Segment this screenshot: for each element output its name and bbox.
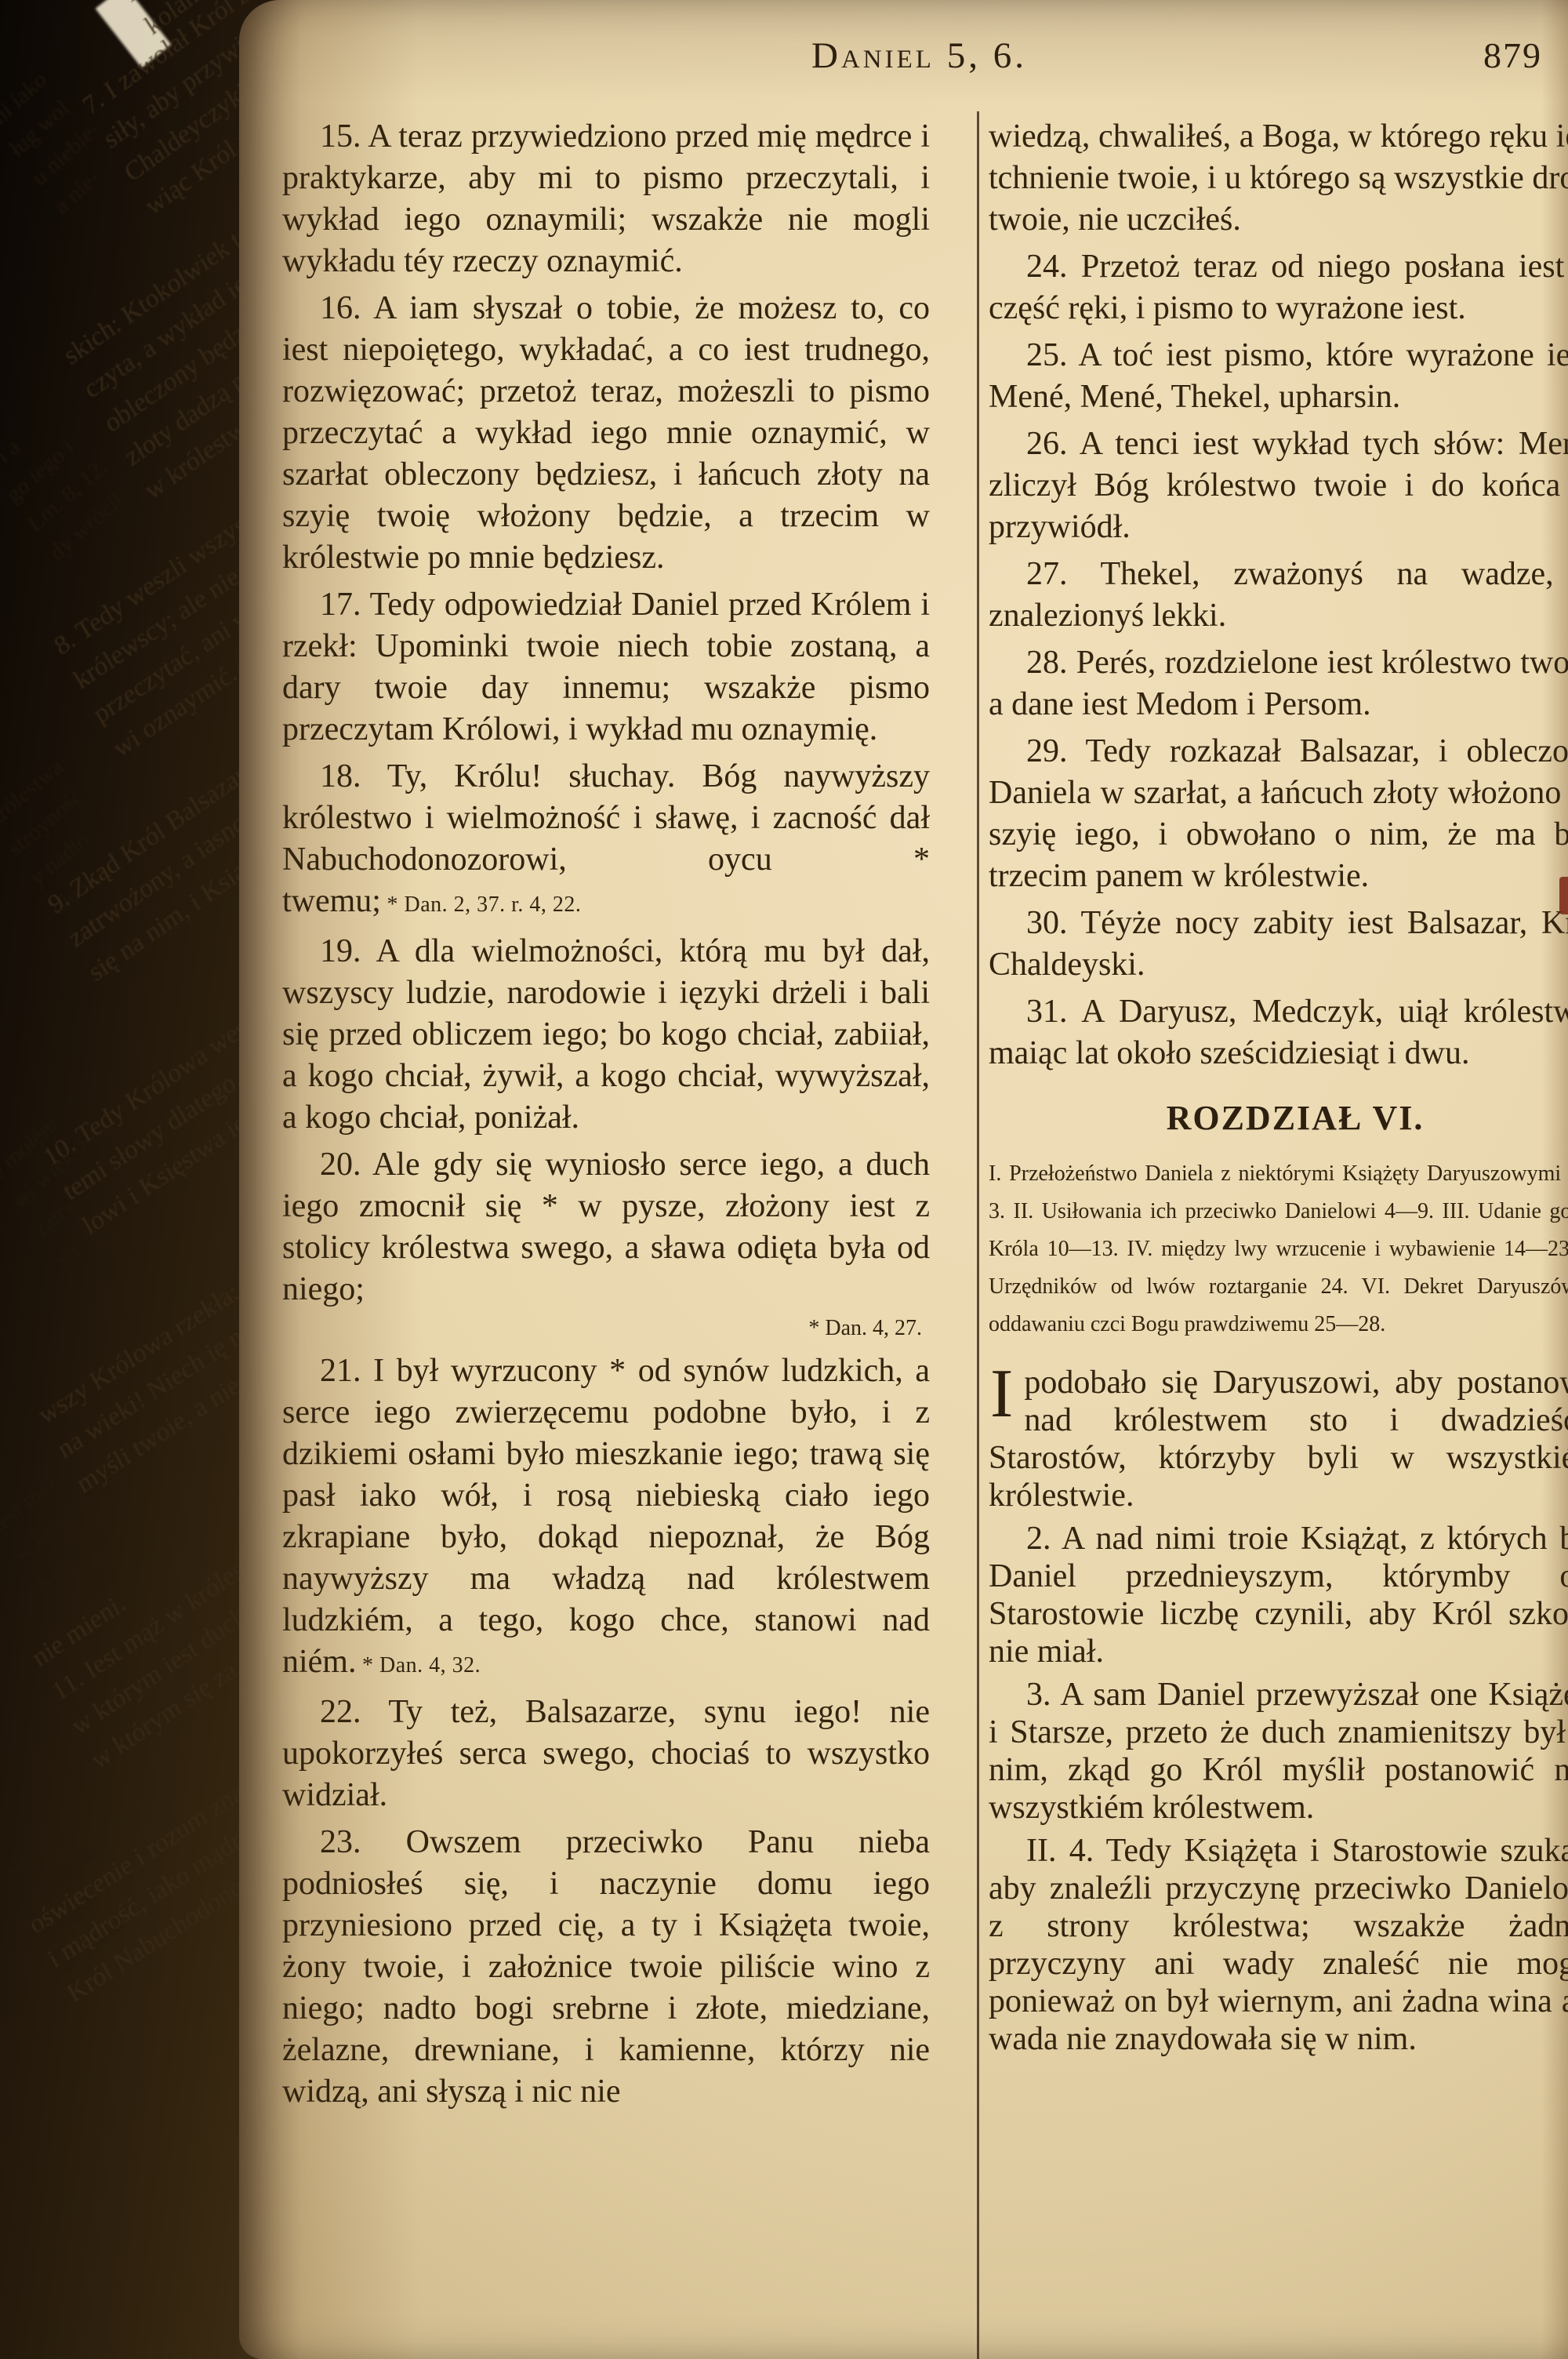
verse-20: 20. Ale gdy się wyniosło serce iego, a d…: [282, 1144, 930, 1310]
verse-29: 29. Tedy rozkazał Balsazar, i obleczono …: [989, 731, 1568, 897]
chapter-opening-verse: Ipodobało się Daryuszowi, aby postanowił…: [989, 1364, 1568, 1514]
footnote-reference: * Dan. 2, 37. r. 4, 22.: [381, 892, 581, 917]
chapter-summary: I. Przełożeństwo Daniela z niektórymi Ks…: [989, 1155, 1568, 1343]
verse-3: 3. A sam Daniel przewyższał one Książęta…: [989, 1676, 1568, 1826]
chapter-heading: ROZDZIAŁ VI.: [989, 1098, 1568, 1138]
verse-27: 27. Thekel, zważonyś na wadze, a znalezi…: [989, 554, 1568, 637]
verse-24: 24. Przetoż teraz od niego posłana iest …: [989, 246, 1568, 329]
verse-15: 15. A teraz przywiedziono przed mię mędr…: [282, 116, 930, 282]
running-head: Daniel 5, 6.: [282, 35, 1556, 77]
book-page: Daniel 5, 6. 879 15. A teraz przywiedzio…: [239, 0, 1568, 2359]
right-column: wiedzą, chwaliłeś, a Boga, w którego ręk…: [989, 116, 1568, 2063]
left-column: 15. A teraz przywiedziono przed mię mędr…: [282, 116, 930, 2118]
verse-19: 19. A dla wielmożności, którą mu był dał…: [282, 931, 930, 1139]
verse-30: 30. Téyże nocy zabity iest Balsazar, Kró…: [989, 903, 1568, 986]
page-edge-red-mark: [1559, 877, 1568, 914]
footnote-line: * Dan. 4, 27.: [282, 1313, 930, 1344]
verse-23: 23. Owszem przeciwko Panu nieba podniosł…: [282, 1822, 930, 2113]
verse-16: 16. A iam słyszał o tobie, że możesz to,…: [282, 288, 930, 579]
verse-22: 22. Ty też, Balsazarze, synu iego! nie u…: [282, 1692, 930, 1816]
footnote-reference: * Dan. 4, 32.: [356, 1653, 481, 1677]
drop-cap-initial: I: [990, 1365, 1013, 1423]
column-divider-rule: [977, 111, 979, 2359]
page-header: Daniel 5, 6. 879: [282, 35, 1556, 89]
verse-31: 31. A Daryusz, Medczyk, uiął królestwo, …: [989, 991, 1568, 1074]
verse-26: 26. A tenci iest wykład tych słów: Mené,…: [989, 423, 1568, 548]
page-number: 879: [1483, 35, 1542, 76]
verse-28: 28. Perés, rozdzielone iest królestwo tw…: [989, 642, 1568, 725]
verse-2: 2. A nad nimi troie Książąt, z których b…: [989, 1520, 1568, 1670]
verse-17: 17. Tedy odpowiedział Daniel przed Króle…: [282, 584, 930, 751]
verse-21: 21. I był wyrzucony * od synów ludzkich,…: [282, 1350, 930, 1686]
verse-continuation: wiedzą, chwaliłeś, a Boga, w którego ręk…: [989, 116, 1568, 241]
book-photo: mi iakoług wolu niebie-a nie-ę i ago ieg…: [0, 0, 1568, 2359]
verse-II4: II. 4. Tedy Książęta i Starostowie szuka…: [989, 1832, 1568, 2058]
verse-25: 25. A toć iest pismo, które wyrażone ies…: [989, 335, 1568, 418]
verse-18: 18. Ty, Królu! słuchay. Bóg naywyższy kr…: [282, 756, 930, 925]
